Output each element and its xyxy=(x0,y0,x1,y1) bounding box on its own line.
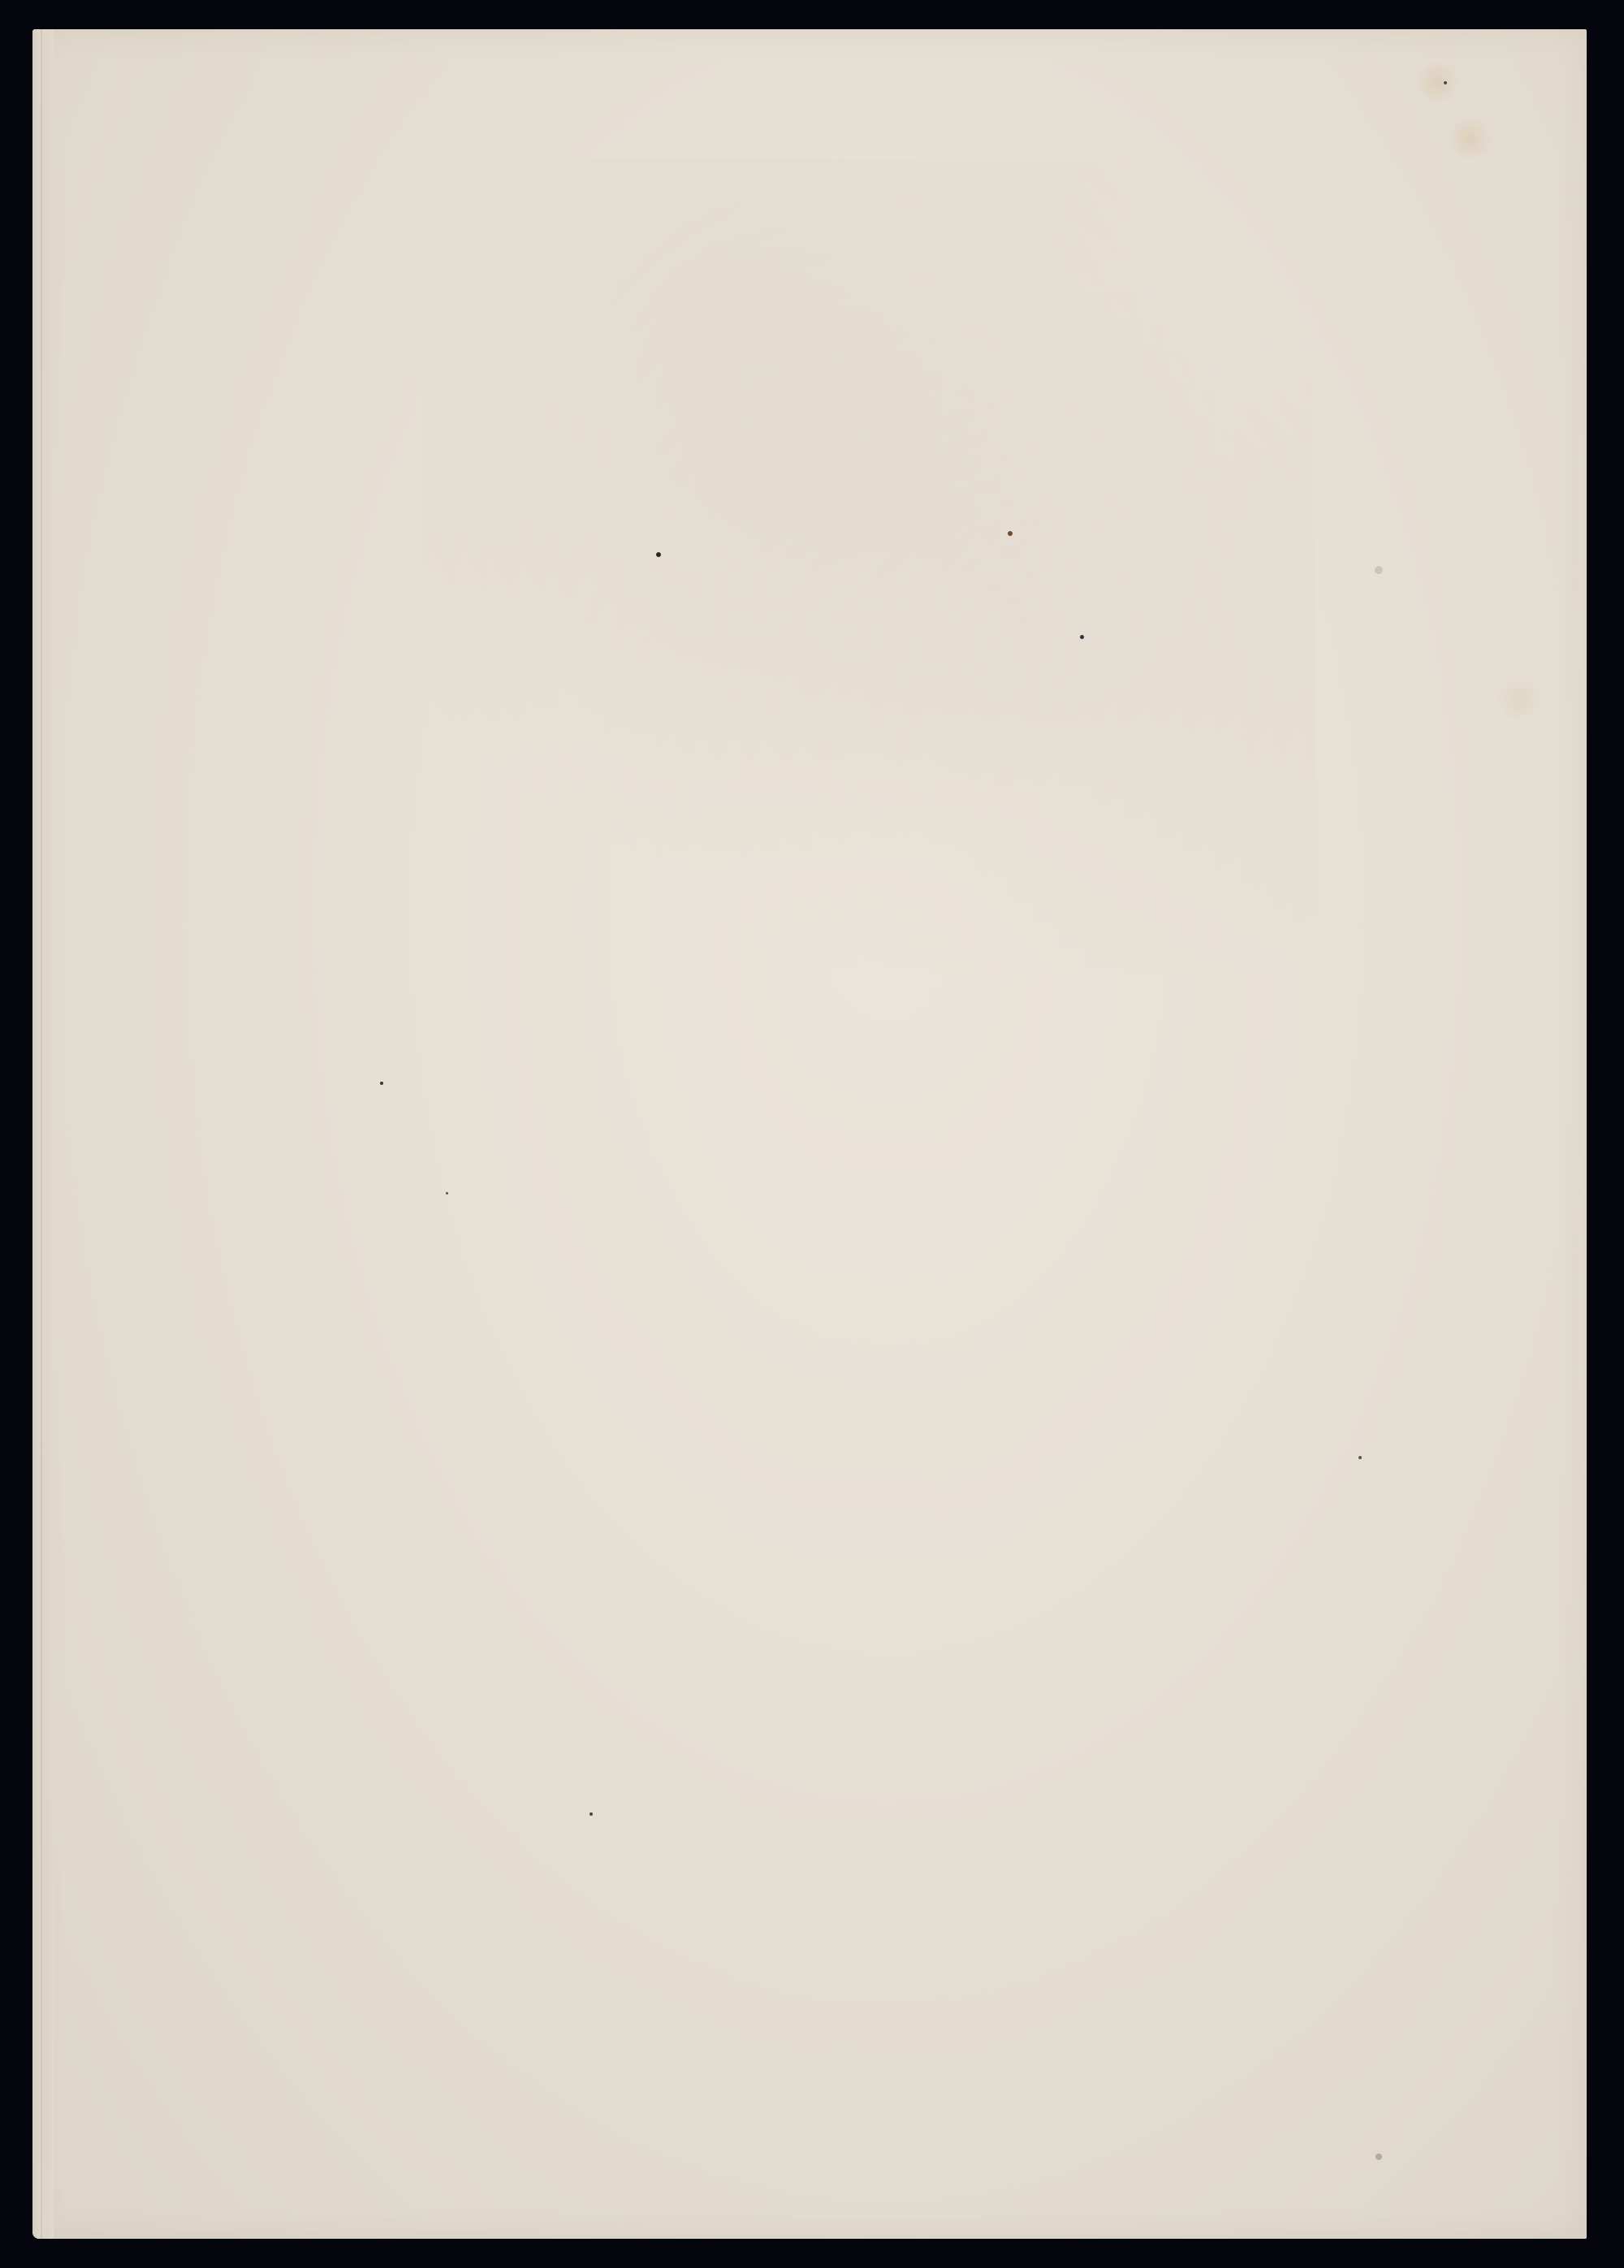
show-through-shadow xyxy=(422,159,1315,971)
dust-speck xyxy=(1358,1456,1362,1459)
foxing-stain xyxy=(1494,679,1543,719)
dust-speck xyxy=(380,1082,383,1085)
dust-speck xyxy=(1376,2154,1382,2160)
dust-speck xyxy=(590,1812,593,1816)
scanned-page-background xyxy=(0,0,1624,2268)
dust-speck xyxy=(1008,531,1013,536)
dust-speck xyxy=(1080,635,1084,639)
dust-speck xyxy=(1444,81,1447,84)
dust-speck xyxy=(656,552,661,557)
dust-speck xyxy=(446,1192,448,1194)
blank-paper-page xyxy=(32,29,1587,2239)
dust-speck xyxy=(1375,566,1383,574)
foxing-stain xyxy=(1445,119,1494,159)
foxing-stain xyxy=(1413,62,1462,102)
page-binding-edge xyxy=(32,29,54,2239)
